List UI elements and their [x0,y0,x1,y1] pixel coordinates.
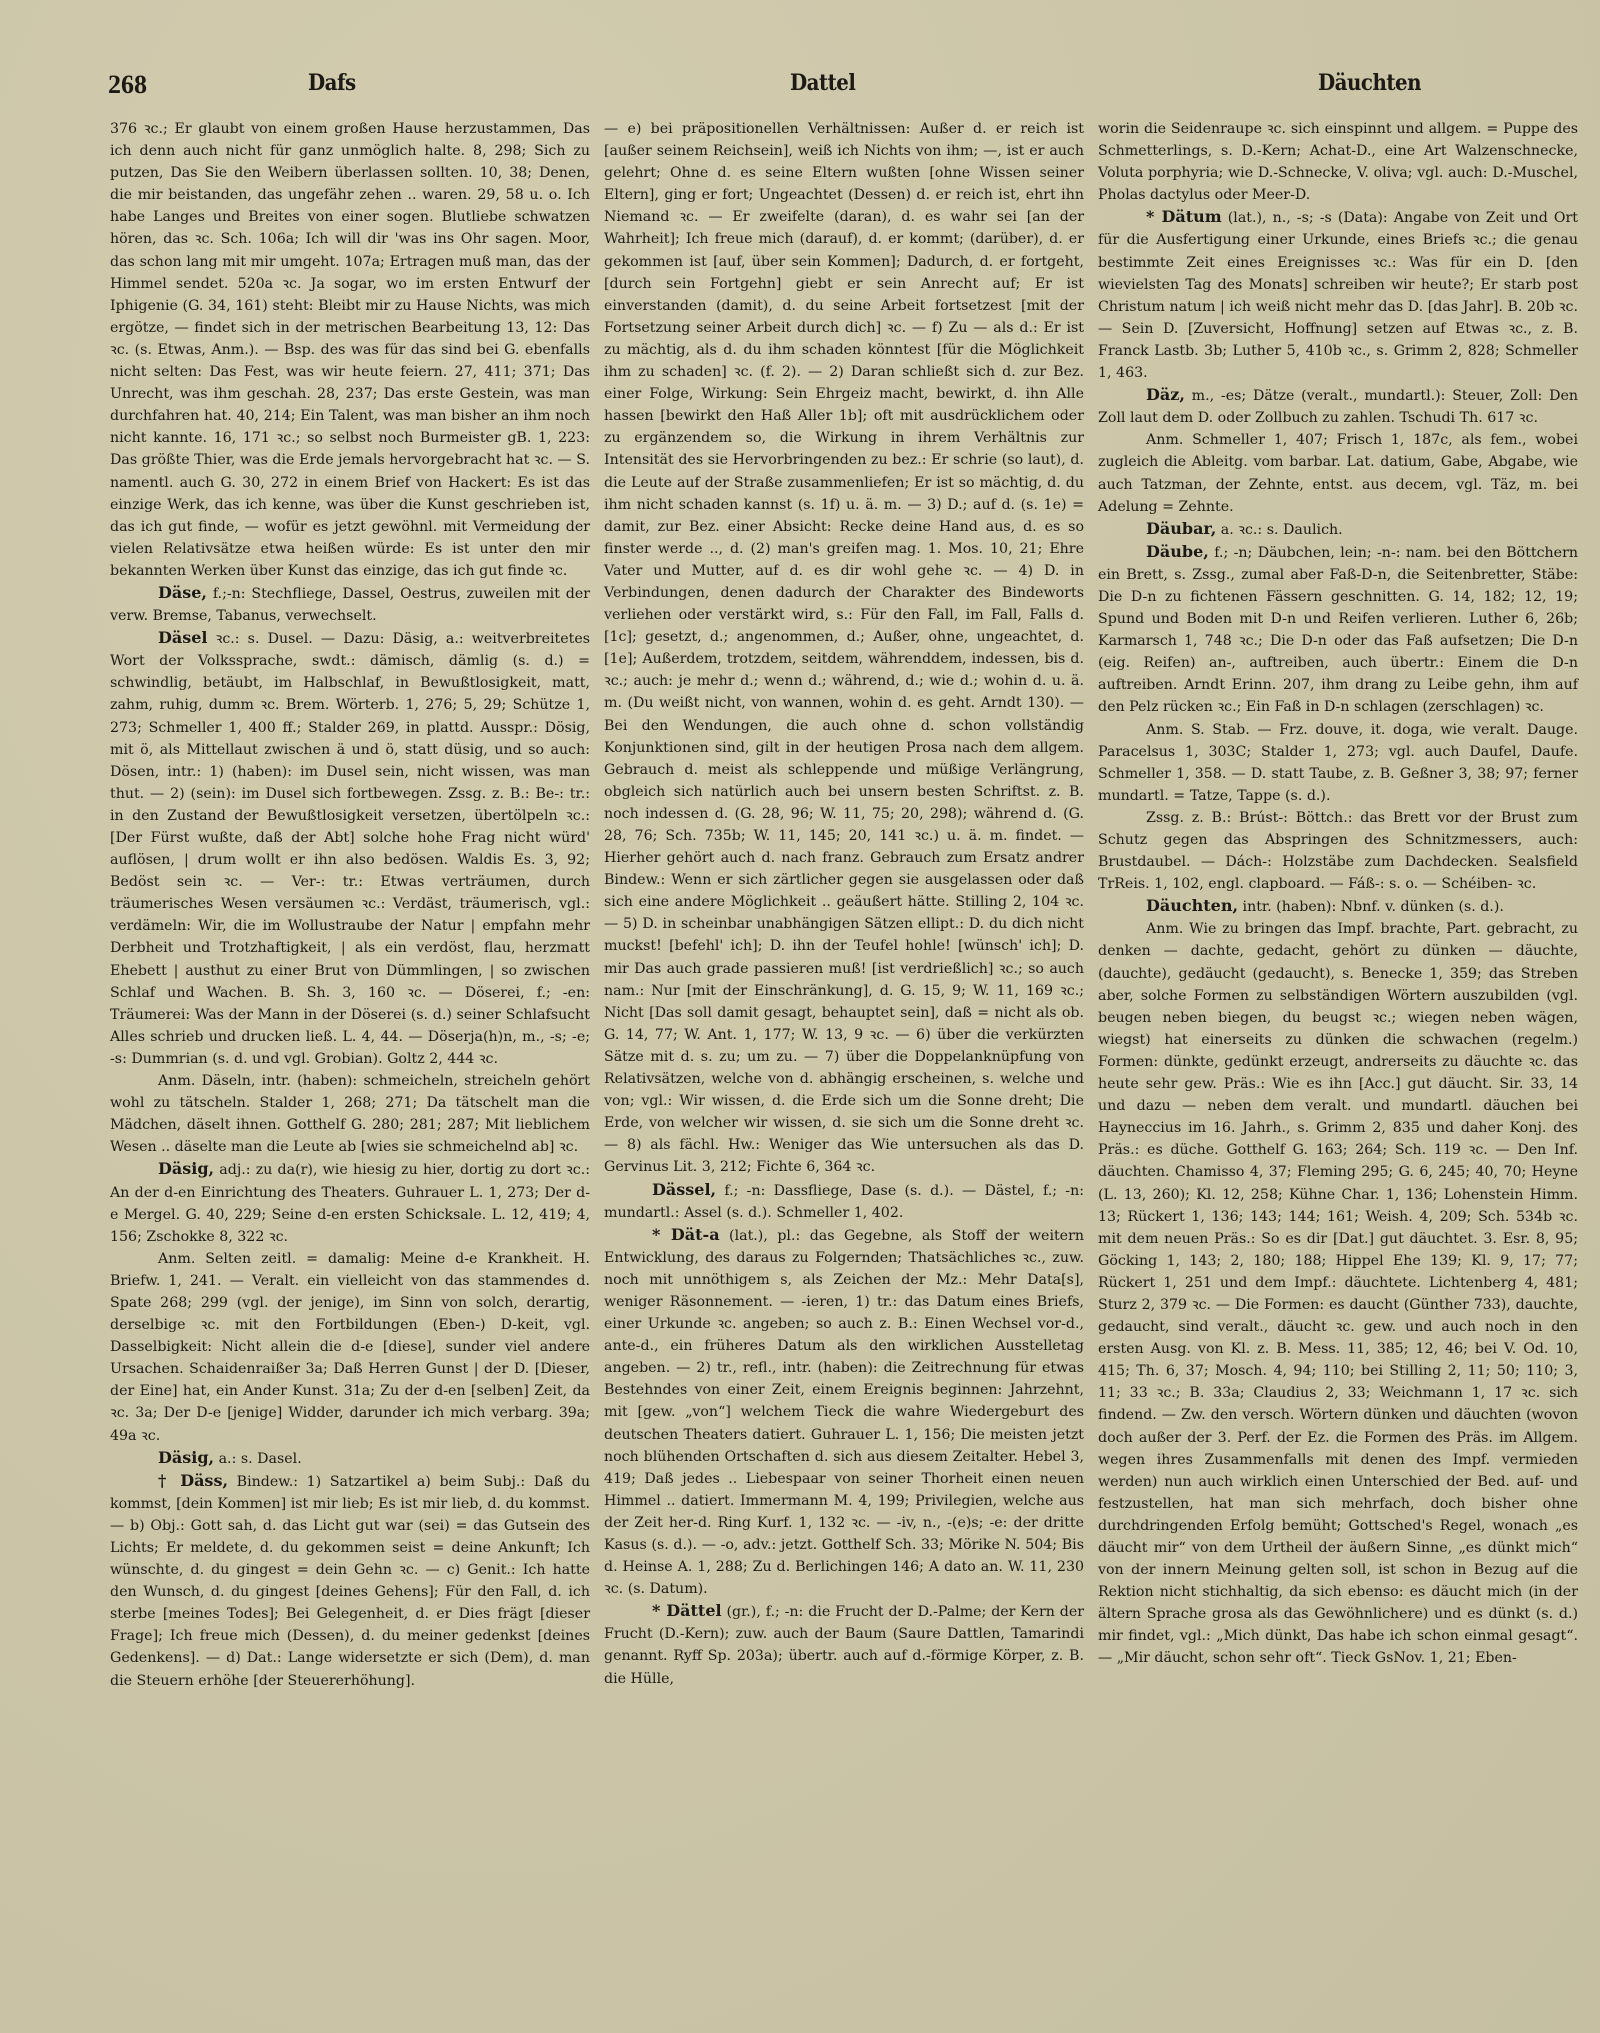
entry-headword: Däube, [1146,542,1209,561]
entry-text: (lat.), n., -s; -s (Data): Angabe von Ze… [1098,210,1578,381]
entry-text: Anm. S. Stab. — Frz. douve, it. doga, wi… [1098,722,1578,804]
entry-text: ꝛc.: s. Dusel. — Dazu: Däsig, a.: weitve… [110,631,590,1067]
entry-headword: Däse, [158,583,207,602]
entry-text: Anm. Wie zu bringen das Impf. brachte, P… [1098,921,1578,1666]
dictionary-entry: Däube, f.; -n; Däubchen, lein; -n-: nam.… [1098,541,1578,719]
entry-headword: Däz, [1146,385,1185,404]
entry-headword: Däubar, [1146,519,1216,538]
dictionary-entry: Anm. S. Stab. — Frz. douve, it. doga, wi… [1098,719,1578,807]
dictionary-entry: Anm. Schmeller 1, 407; Frisch 1, 187c, a… [1098,429,1578,517]
dictionary-entry: Däuchten, intr. (haben): Nbnf. v. dünken… [1098,895,1578,918]
dictionary-entry: Däsig, adj.: zu da(r), wie hiesig zu hie… [110,1158,590,1247]
dictionary-entry: Däz, m., -es; Dätze (veralt., mundartl.)… [1098,384,1578,429]
dictionary-entry: † Däss, Bindew.: 1) Satzartikel a) beim … [110,1470,590,1692]
entry-headword: † Däss, [158,1471,228,1490]
dictionary-entry: * Dätum (lat.), n., -s; -s (Data): Angab… [1098,206,1578,384]
entry-text: worin die Seidenraupe ꝛc. sich einspinnt… [1098,121,1578,203]
entry-headword: * Dätum [1146,207,1222,226]
entry-text: Zssg. z. B.: Brúst-: Böttch.: das Brett … [1098,810,1578,892]
dictionary-entry: — e) bei präpositionellen Verhältnissen:… [604,118,1084,1179]
column-right: worin die Seidenraupe ꝛc. sich einspinnt… [1098,118,1578,1670]
entry-headword: * Dät-a [652,1225,720,1244]
entry-headword: Däsig, [158,1159,214,1178]
column-left: 376 ꝛc.; Er glaubt von einem großen Haus… [110,118,590,1692]
dictionary-entry: worin die Seidenraupe ꝛc. sich einspinnt… [1098,118,1578,206]
dictionary-entry: Däsel ꝛc.: s. Dusel. — Dazu: Däsig, a.: … [110,627,590,1070]
dictionary-entry: 376 ꝛc.; Er glaubt von einem großen Haus… [110,118,590,582]
entry-headword: Däuchten, [1146,896,1238,915]
column-middle: — e) bei präpositionellen Verhältnissen:… [604,118,1084,1690]
entry-text: Anm. Selten zeitl. = damalig: Meine d-e … [110,1251,590,1444]
entry-headword: Däsel [158,628,208,647]
entry-text: 376 ꝛc.; Er glaubt von einem großen Haus… [110,121,590,579]
entry-text: Anm. Däseln, intr. (haben): schmeicheln,… [110,1073,590,1155]
entry-headword: * Dättel [652,1601,722,1620]
running-head-center: Dattel [790,70,855,96]
dictionary-entry: * Dät-a (lat.), pl.: das Gegebne, als St… [604,1224,1084,1601]
entry-text: Anm. Schmeller 1, 407; Frisch 1, 187c, a… [1098,432,1578,514]
entry-headword: Dässel, [652,1180,716,1199]
dictionary-entry: Zssg. z. B.: Brúst-: Böttch.: das Brett … [1098,807,1578,895]
dictionary-entry: Anm. Däseln, intr. (haben): schmeicheln,… [110,1070,590,1158]
dictionary-entry: Däsig, a.: s. Dasel. [110,1447,590,1470]
dictionary-entry: Däse, f.;-n: Stechfliege, Dassel, Oestru… [110,582,590,627]
dictionary-entry: Anm. Wie zu bringen das Impf. brachte, P… [1098,918,1578,1669]
dictionary-entry: * Dättel (gr.), f.; -n: die Frucht der D… [604,1600,1084,1689]
entry-text: — e) bei präpositionellen Verhältnissen:… [604,121,1084,1175]
entry-text: a. ꝛc.: s. Daulich. [1216,522,1342,538]
dictionary-entry: Anm. Selten zeitl. = damalig: Meine d-e … [110,1248,590,1447]
entry-text: (lat.), pl.: das Gegebne, als Stoff der … [604,1228,1084,1598]
dictionary-columns: 376 ꝛc.; Er glaubt von einem großen Haus… [110,118,1580,2018]
dictionary-entry: Dässel, f.; -n: Dassfliege, Dase (s. d.)… [604,1179,1084,1224]
running-head-right: Däuchten [1318,70,1421,96]
entry-text: intr. (haben): Nbnf. v. dünken (s. d.). [1238,899,1504,915]
entry-text: f.; -n; Däubchen, lein; -n-: nam. bei de… [1098,545,1578,716]
entry-text: a.: s. Dasel. [214,1451,302,1467]
entry-headword: Däsig, [158,1448,214,1467]
dictionary-entry: Däubar, a. ꝛc.: s. Daulich. [1098,518,1578,541]
page-number: 268 [108,70,147,100]
page-header: 268 Dafs Dattel Däuchten [108,68,1578,108]
entry-text: Bindew.: 1) Satzartikel a) beim Subj.: D… [110,1474,590,1689]
running-head-left: Dafs [308,70,356,96]
